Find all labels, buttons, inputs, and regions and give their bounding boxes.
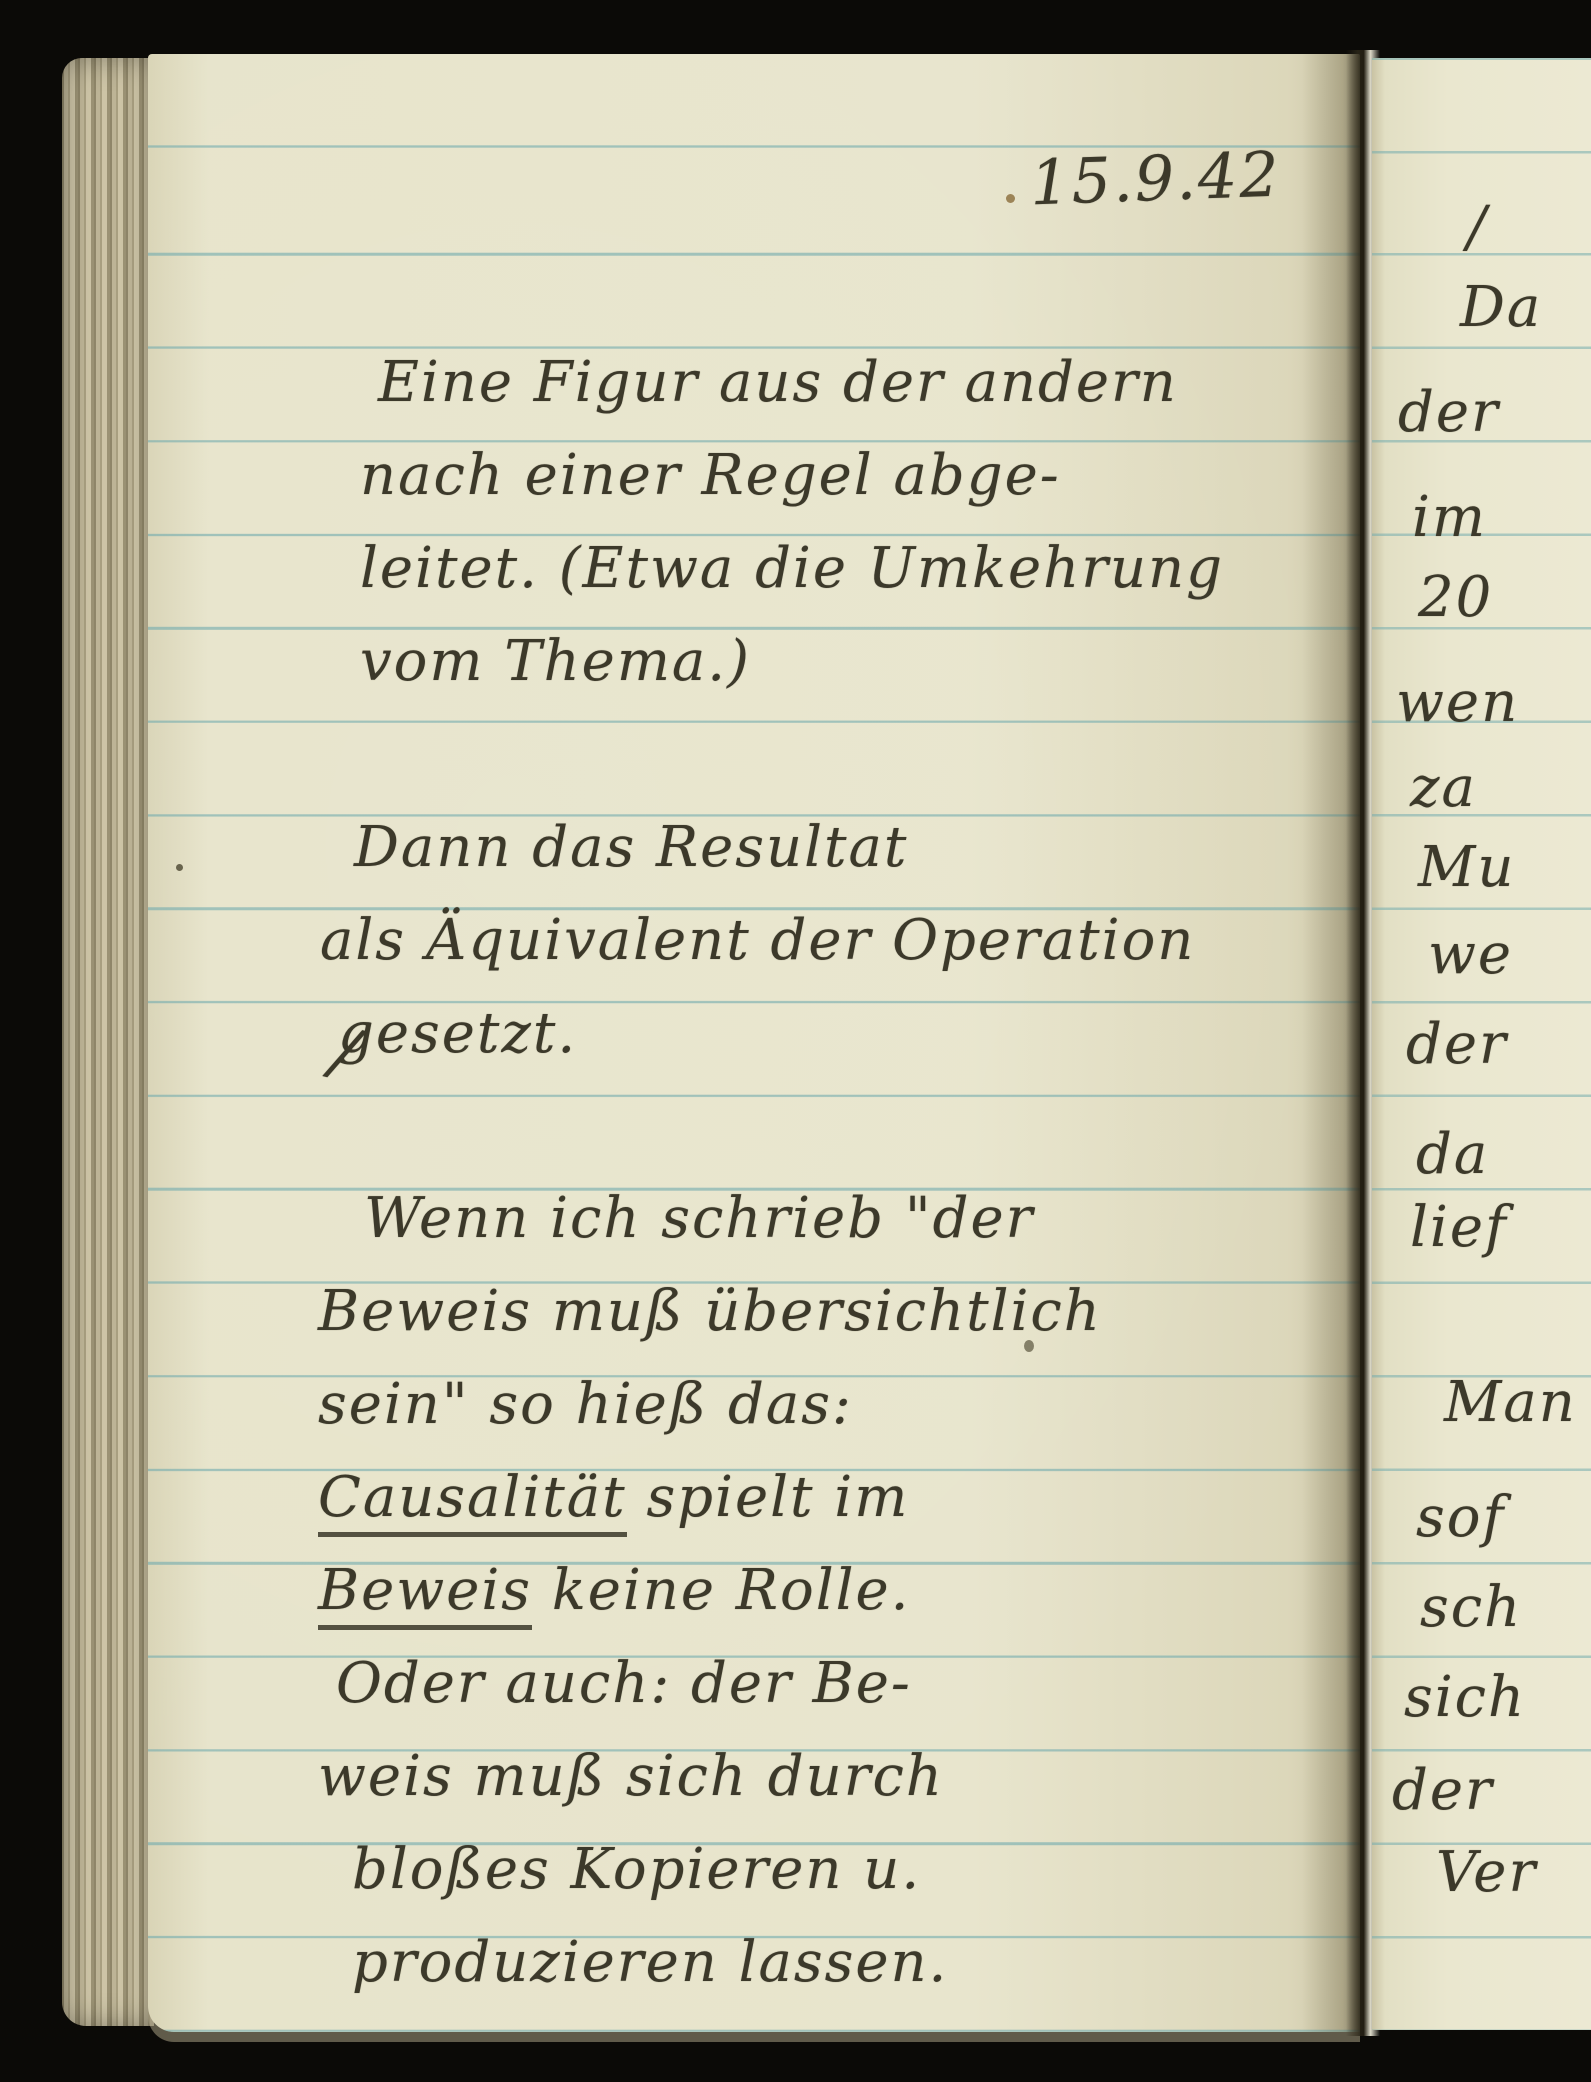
right-page-text-fragment: za [1410,753,1477,823]
underlined-word: Beweis [318,1558,532,1630]
paper-blemish [176,864,183,871]
right-page-text-fragment: der [1398,378,1500,448]
right-page-text-fragment: im [1412,483,1487,553]
date-heading: 15.9.42 [1029,138,1282,220]
notebook-right-page-sliver: /Daderim20wenzaMuwederdaliefMansofschsic… [1372,58,1591,2030]
line-rest: spielt im [627,1465,910,1530]
handwritten-line: Beweis muß übersichtlich [318,1265,1102,1358]
handwritten-line: nach einer Regel abge- [360,429,1224,522]
page-edge-stack [62,58,154,2026]
handwritten-line: gesetzt. [320,987,1195,1080]
underlined-word: Causalität [318,1465,627,1537]
right-page-text-fragment: sof [1416,1483,1505,1553]
right-page-text-fragment: 20 [1418,563,1493,633]
handwritten-line: Eine Figur aus der andern [360,336,1224,429]
right-page-text-fragment: Ver [1436,1838,1537,1908]
right-page-text-fragment: Man [1444,1368,1577,1438]
right-page-text-fragment: / [1467,193,1488,263]
handwritten-line: weis muß sich durch [318,1730,1102,1823]
right-page-text-fragment: Da [1460,273,1542,343]
handwritten-line: Dann das Resultat [320,801,1195,894]
handwritten-line: leitet. (Etwa die Umkehrung [360,522,1224,615]
handwritten-line: Causalität spielt im [318,1451,1102,1544]
right-page-text-fragment: sch [1420,1573,1522,1643]
right-page-text-fragment: der [1406,1010,1508,1080]
line-rest: keine Rolle. [532,1558,910,1623]
right-page-text-fragment: we [1428,920,1513,990]
notebook-left-page: 15.9.42 Eine Figur aus der andern nach e… [148,54,1360,2032]
paragraph-1: Eine Figur aus der andern nach einer Reg… [360,336,1224,708]
handwritten-line: produzieren lassen. [318,1916,1102,2009]
handwritten-line: Beweis keine Rolle. [318,1544,1102,1637]
handwritten-line: Oder auch: der Be- [318,1637,1102,1730]
handwritten-line: als Äquivalent der Operation [320,894,1195,987]
right-page-text-fragment: da [1416,1120,1489,1190]
notebook-scan: 15.9.42 Eine Figur aus der andern nach e… [0,0,1591,2082]
handwritten-line: bloßes Kopieren u. [318,1823,1102,1916]
right-page-text-fragment: Mu [1418,833,1515,903]
right-page-text-fragment: wen [1396,668,1519,738]
handwritten-line: vom Thema.) [360,615,1224,708]
right-page-text-fragment: lief [1410,1193,1508,1263]
paragraph-2: Dann das Resultat als Äquivalent der Ope… [320,801,1195,1080]
right-page-text-fragment: der [1392,1756,1494,1826]
handwritten-line: sein" so hieß das: [318,1358,1102,1451]
right-page-text-fragment: sich [1404,1663,1526,1733]
paragraph-3: Wenn ich schrieb "der Beweis muß übersic… [318,1172,1102,2009]
handwritten-line: Wenn ich schrieb "der [318,1172,1102,1265]
paper-blemish [1006,194,1015,203]
